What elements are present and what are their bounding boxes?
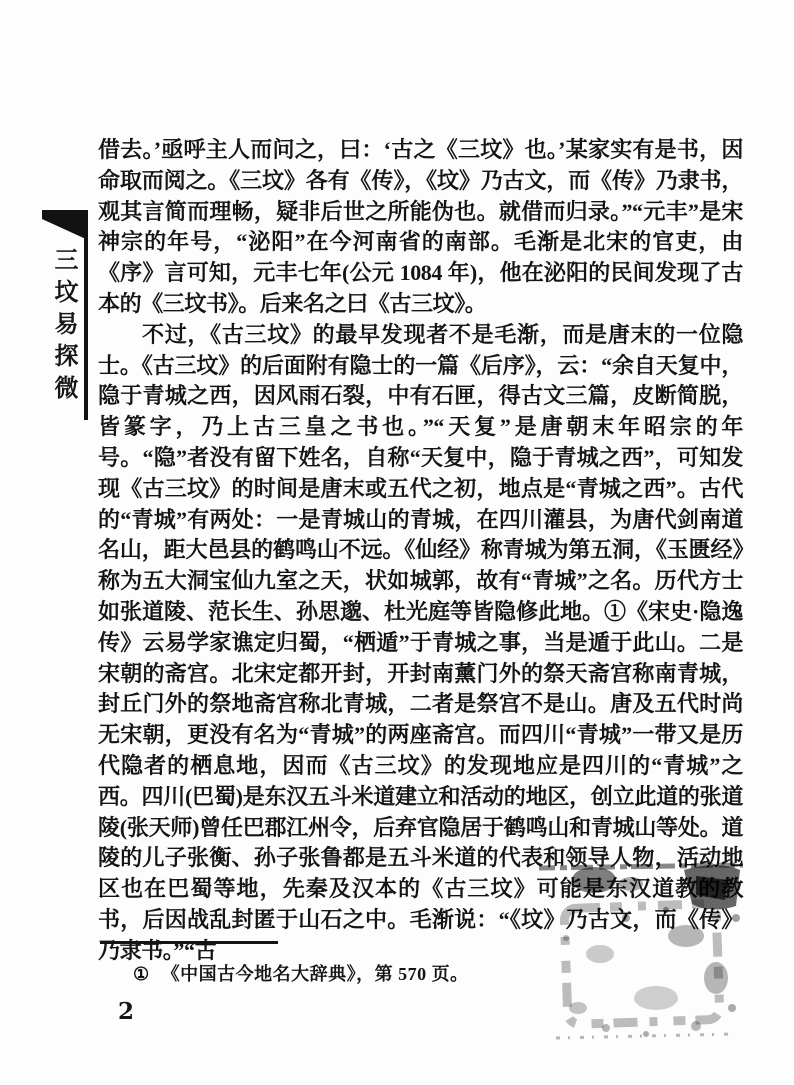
spine-tab-rule [84,212,88,420]
page-number: 2 [118,998,134,1025]
paragraph: 不过，《古三坟》的最早发现者不是毛渐，而是唐末的一位隐士。《古三坟》的后面附有隐… [98,320,743,967]
paragraph-continuation: 借去。’亟呼主人而问之，曰：‘古之《三坟》也。’某家实有是书，因命取而阅之。《三… [98,135,743,320]
footnote-rule [100,941,278,944]
footnote-marker: ① [133,964,150,984]
book-page-scan: 三坟易探微 借去。’亟呼主人而问之，曰：‘古之《三坟》也。’某家实有是书，因命取… [0,0,794,1085]
footnote: ①《中国古今地名大辞典》，第 570 页。 [133,960,469,986]
footnote-text: 《中国古今地名大辞典》，第 570 页。 [162,964,469,984]
main-text: 借去。’亟呼主人而问之，曰：‘古之《三坟》也。’某家实有是书，因命取而阅之。《三… [98,135,743,967]
spine-tab-flag-shape [42,210,88,240]
running-title: 三坟易探微 [48,247,78,417]
